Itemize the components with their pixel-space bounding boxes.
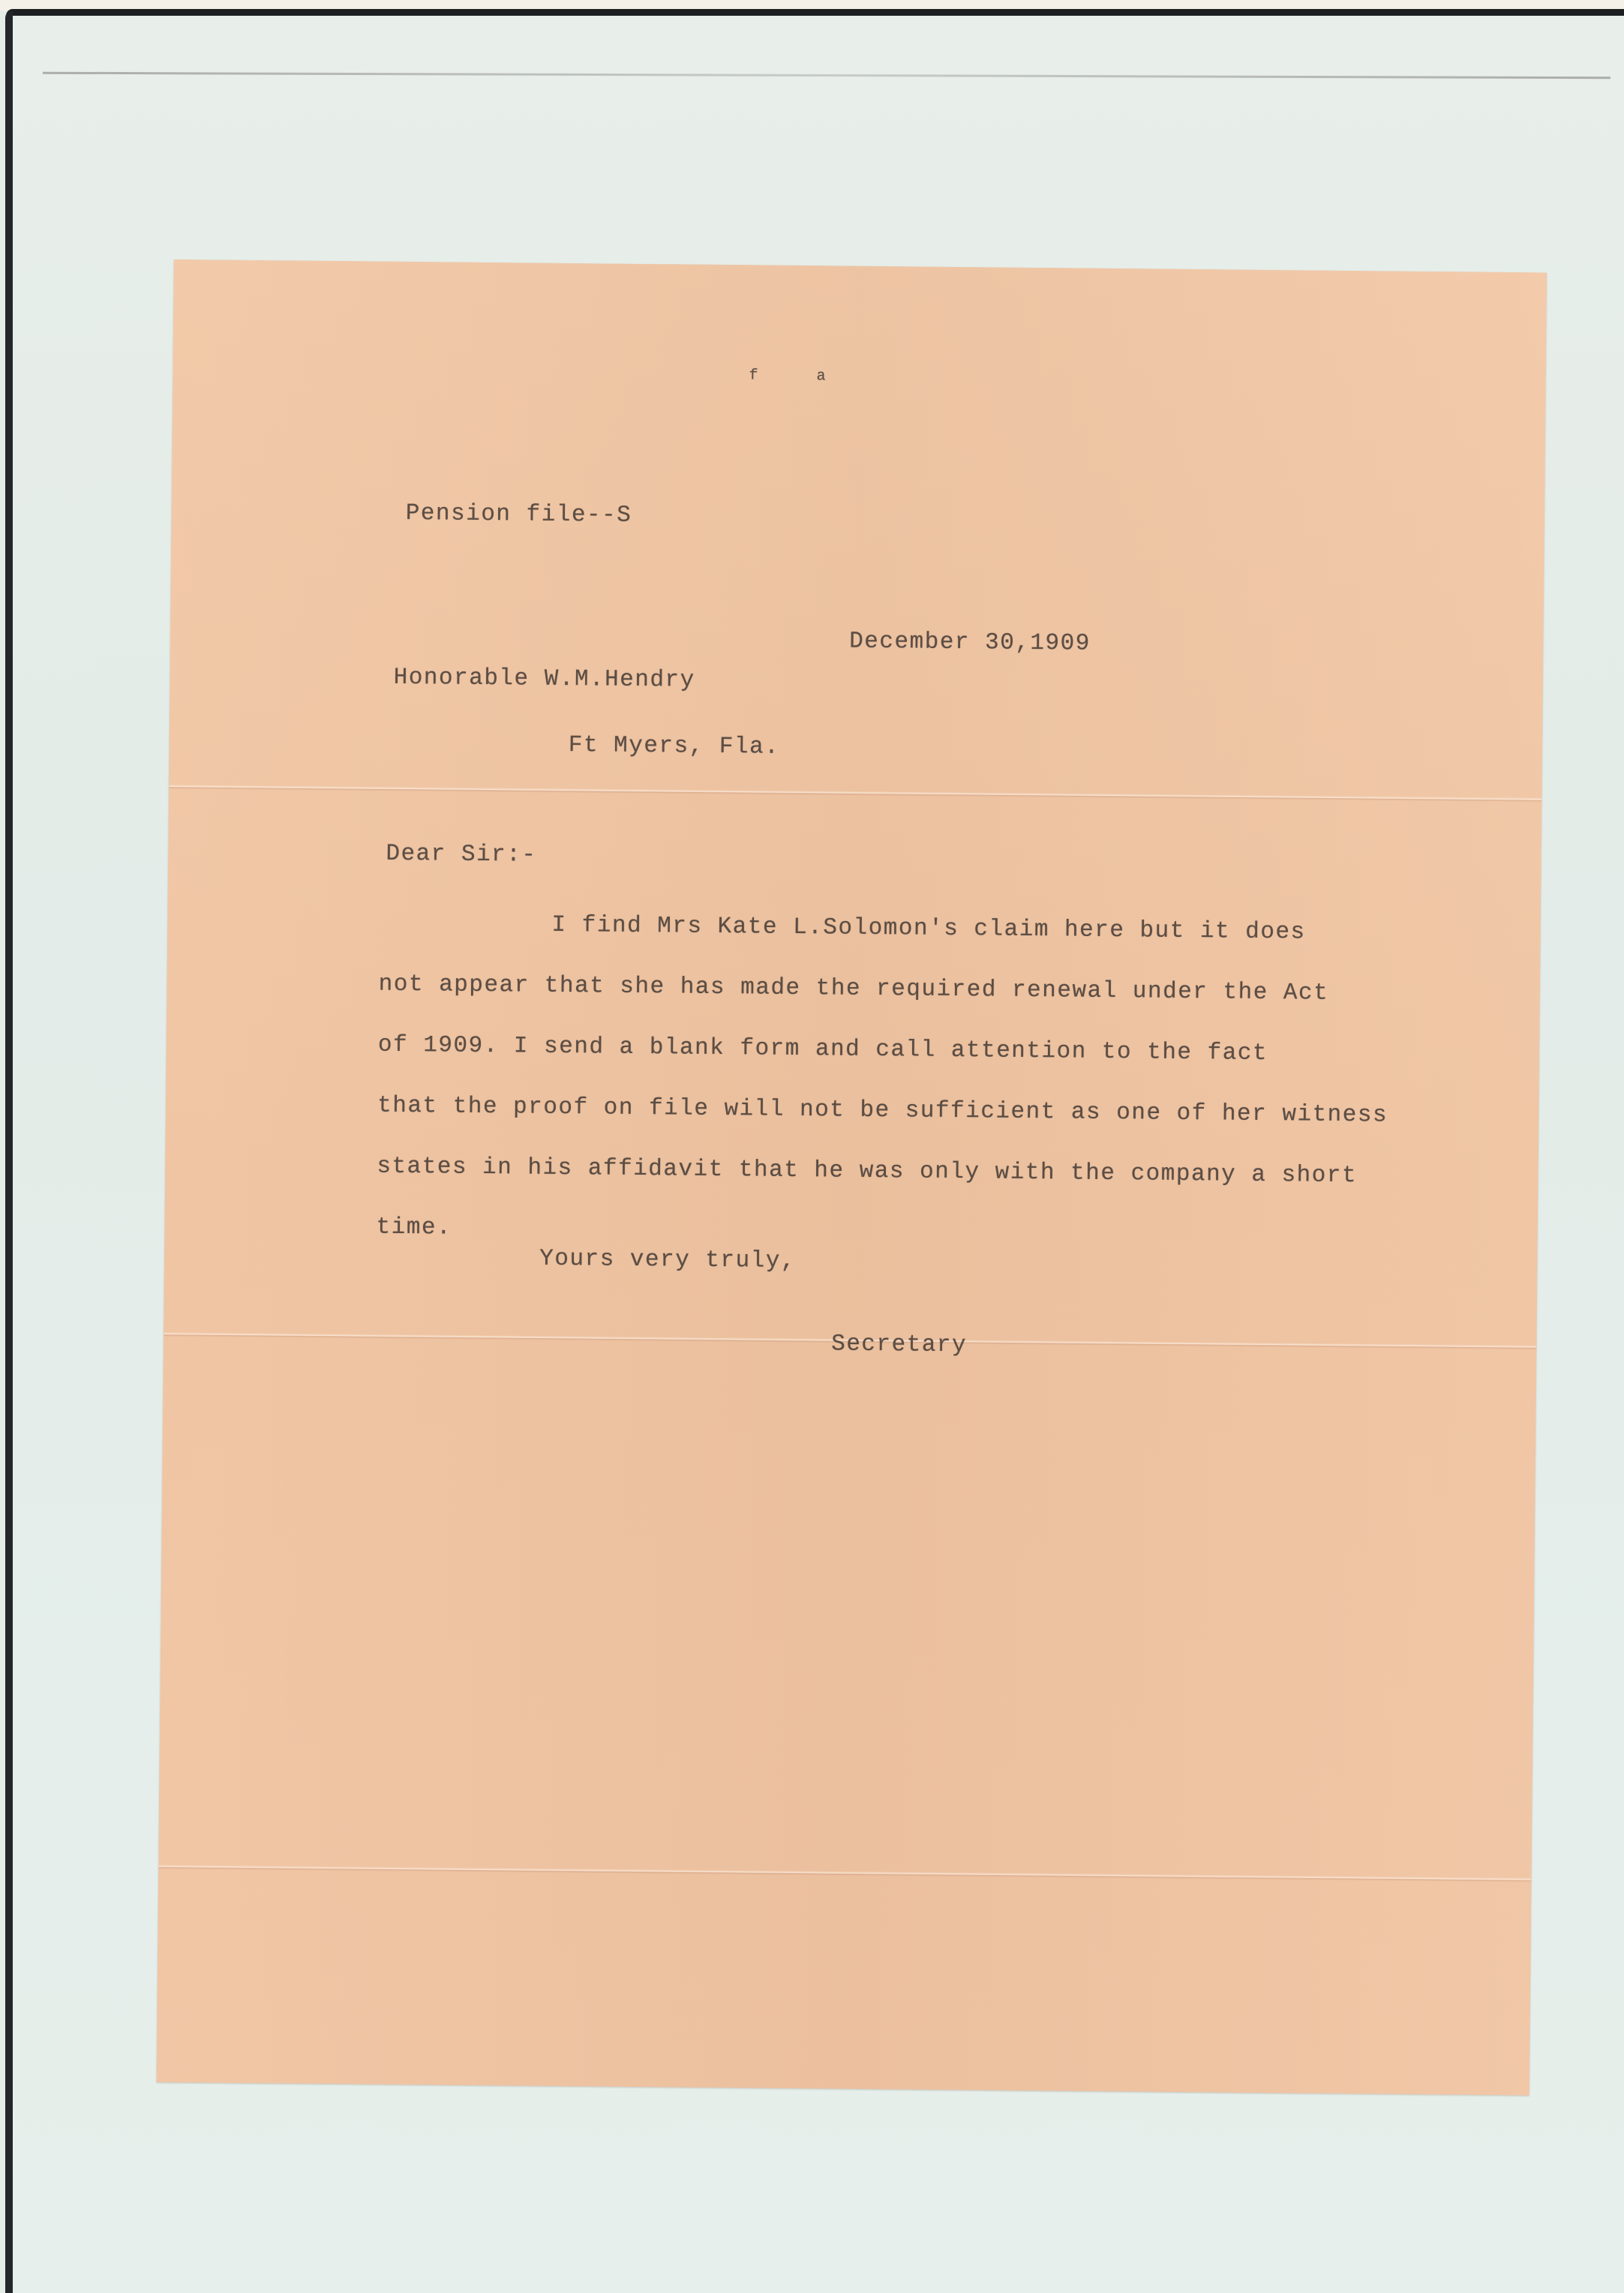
body-line: I find Mrs Kate L.Solomon's claim here b… [379,893,1505,965]
fold-crease [158,1865,1531,1883]
complimentary-close: Yours very truly, [539,1246,796,1274]
body-line: of 1909. I send a blank form and call at… [378,1015,1504,1086]
recipient-name: Honorable W.M.Hendry [393,665,695,694]
fold-crease [169,785,1541,803]
salutation: Dear Sir:- [386,841,536,869]
body-line: that the proof on file will not be suffi… [377,1076,1503,1147]
recipient-location: Ft Myers, Fla. [569,732,780,761]
signature-title: Secretary [831,1331,967,1358]
letter-body: I find Mrs Kate L.Solomon's claim here b… [376,893,1505,1268]
body-line: not appear that she has made the require… [378,954,1504,1025]
file-reference: Pension file--S [406,500,632,529]
backing-crease-line [43,72,1610,80]
body-line: states in his affidavit that he was only… [377,1136,1502,1208]
scan-frame-top-edge [6,9,1624,16]
letter-sheet: f a Pension file--S December 30,1909 Hon… [157,260,1547,2095]
letter-date: December 30,1909 [849,629,1091,657]
scan-frame-left-edge [5,11,13,2293]
typed-marks: f a [749,367,839,385]
